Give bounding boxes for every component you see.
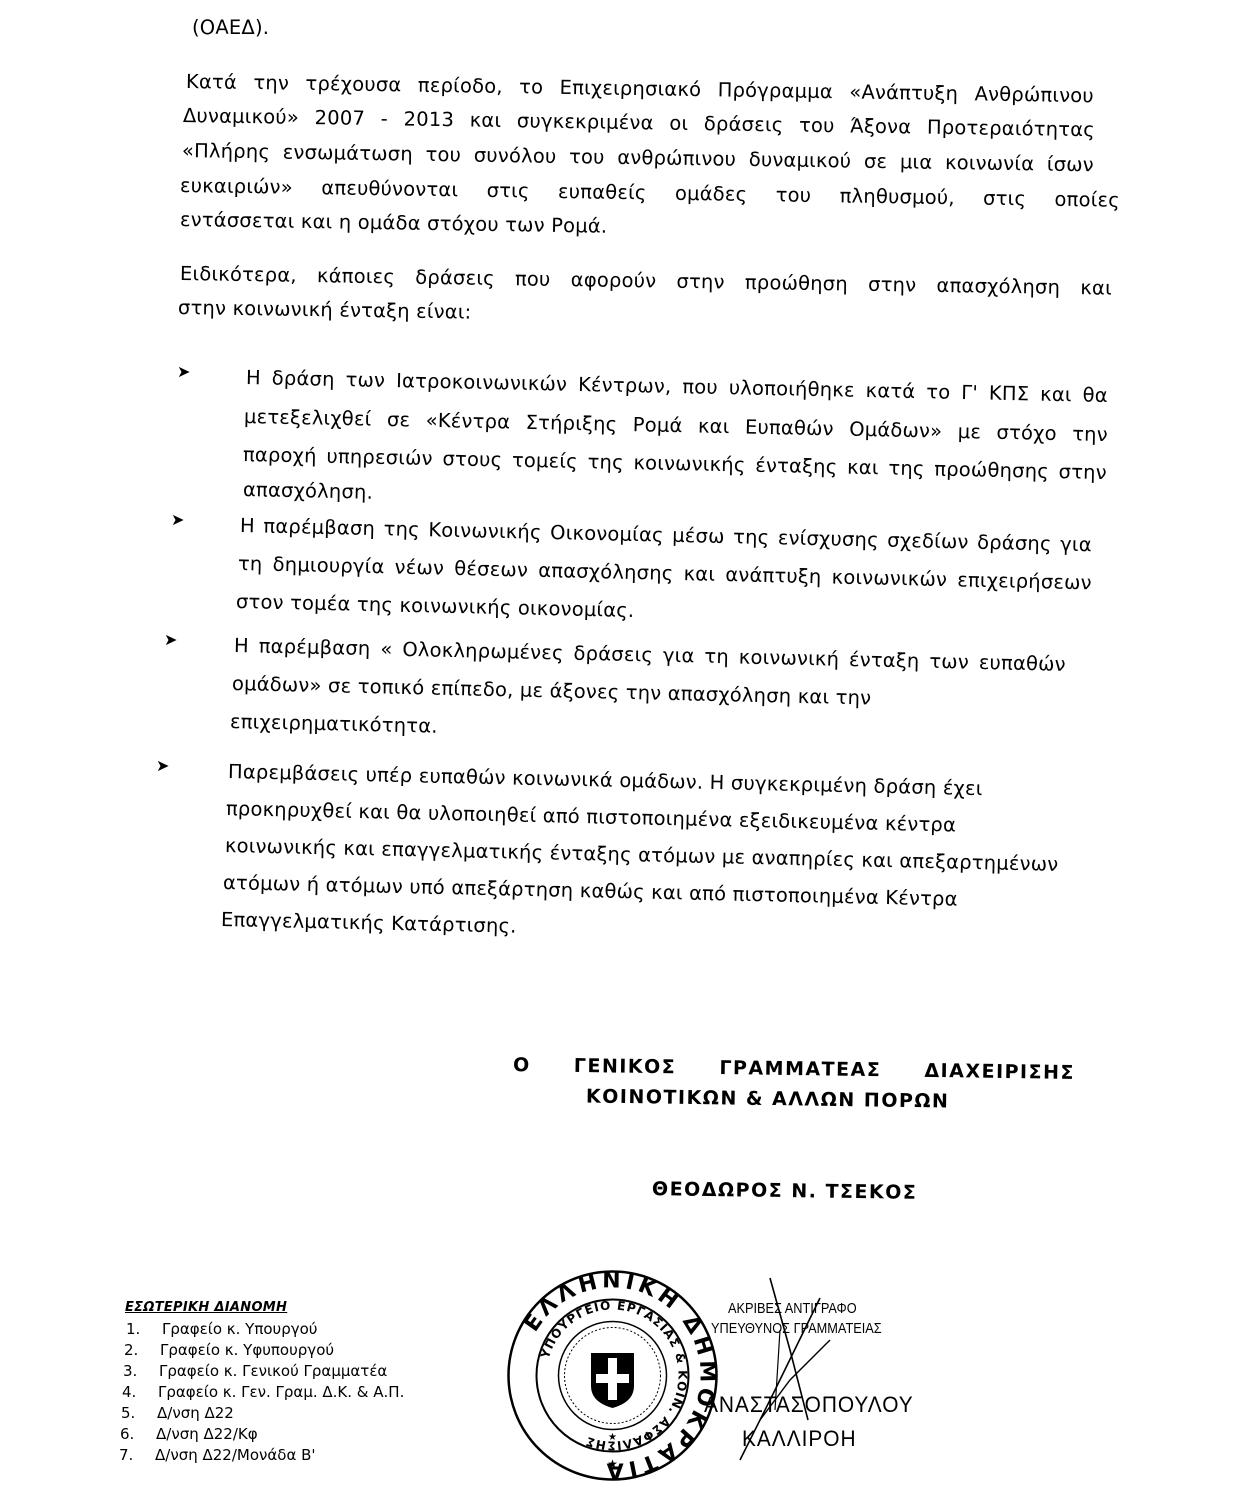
signature-title-line-1: Ο ΓΕΝΙΚΟΣ ΓΡΑΜΜΑΤΕΑΣ ΔΙΑΧΕΙΡΙΣΗΣ (513, 1054, 1075, 1084)
paragraph-line: Κατά την τρέχουσα περίοδο, το Επιχειρησι… (186, 70, 1094, 107)
bullet-line: προκηρυχθεί και θα υλοποιηθεί από πιστοπ… (226, 797, 957, 837)
bullet-line: απασχόληση. (243, 478, 373, 504)
handwritten-signature-icon (700, 1270, 900, 1470)
bullet-line: ομάδων» σε τοπικό επίπεδο, με άξονες την… (232, 672, 872, 710)
distribution-title: ΕΣΩΤΕΡΙΚΗ ΔΙΑΝΟΜΗ (125, 1300, 287, 1315)
distribution-item: 1.Γραφείο κ. Υπουργού (126, 1320, 317, 1338)
signature-title-line-2: ΚΟΙΝΟΤΙΚΩΝ & ΑΛΛΩΝ ΠΟΡΩΝ (586, 1085, 950, 1112)
official-stamp: ΕΛΛΗΝΙΚΗ ΔΗΜΟΚΡΑΤΙΑ ΥΠΟΥΡΓΕΙΟ ΕΡΓΑΣΙΑΣ &… (505, 1268, 720, 1483)
bullet-line: επιχειρηματικότητα. (230, 710, 438, 738)
signature-word: ΔΙΑΧΕΙΡΙΣΗΣ (924, 1060, 1075, 1084)
bullet-line: Η παρέμβαση της Κοινωνικής Οικονομίας μέ… (240, 514, 1092, 556)
distribution-item: 4.Γραφείο κ. Γεν. Γραμ. Δ.Κ. & Α.Π. (122, 1383, 404, 1401)
bullet-line: στον τομέα της κοινωνικής οικονομίας. (236, 590, 635, 622)
paragraph-line: Δυναμικού» 2007 - 2013 και συγκεκριμένα … (183, 104, 1095, 141)
distribution-item: 7.Δ/νση Δ22/Μονάδα Β' (119, 1446, 316, 1464)
bullet-line: ατόμων ή ατόμων υπό απεξάρτηση καθώς και… (223, 871, 958, 911)
paragraph-line: ευκαιριών» απευθύνονται στις ευπαθείς ομ… (180, 174, 1120, 212)
bullet-line: κοινωνικής και επαγγελματικής ένταξης ατ… (225, 834, 1059, 876)
stamp-star-icon: ★ (607, 1457, 618, 1471)
bullet-line: Παρεμβάσεις υπέρ ευπαθών κοινωνικά ομάδω… (228, 760, 983, 800)
signature-word: ΓΡΑΜΜΑΤΕΑΣ (719, 1057, 881, 1081)
signature-word: Ο (513, 1054, 531, 1076)
paragraph-line: Ειδικότερα, κάποιες δράσεις που αφορούν … (180, 262, 1112, 300)
bullet-line: παροχή υπηρεσιών στους τομείς της κοινων… (243, 443, 1107, 484)
stamp-star-icon: ★ (608, 1432, 617, 1443)
bullet-line: μετεξελιχθεί σε «Κέντρα Στήριξης Ρομά κα… (244, 405, 1108, 446)
signatory-name: ΘΕΟΔΩΡΟΣ Ν. ΤΣΕΚΟΣ (652, 1178, 918, 1204)
bullet-line: Η δράση των Ιατροκοινωνικών Κέντρων, που… (246, 366, 1108, 407)
bullet-line: Η παρέμβαση « Ολοκληρωμένες δράσεις για … (234, 634, 1066, 676)
bullet-line: τη δημιουργία νέων θέσεων απασχόλησης κα… (238, 552, 1092, 594)
distribution-item: 2.Γραφείο κ. Υφυπουργού (124, 1341, 334, 1359)
greek-coat-of-arms-icon (591, 1353, 634, 1408)
arrowhead-bullet-icon: ➤ (164, 630, 177, 649)
arrowhead-bullet-icon: ➤ (171, 510, 184, 529)
paragraph-line: «Πλήρης ενσωμάτωση του συνόλου του ανθρώ… (182, 139, 1094, 176)
arrowhead-bullet-icon: ➤ (156, 756, 169, 775)
document-page: (ΟΑΕΔ). Κατά την τρέχουσα περίοδο, το Επ… (0, 0, 1250, 1496)
paragraph-line: στην κοινωνική ένταξη είναι: (178, 296, 472, 324)
opening-fragment: (ΟΑΕΔ). (192, 16, 269, 39)
paragraph-line: εντάσσεται και η ομάδα στόχου των Ρομά. (180, 208, 608, 238)
distribution-item: 6.Δ/νση Δ22/Κφ (120, 1425, 258, 1443)
signature-word: ΓΕΝΙΚΟΣ (574, 1055, 677, 1078)
distribution-item: 3.Γραφείο κ. Γενικού Γραμματέα (123, 1362, 387, 1380)
distribution-item: 5.Δ/νση Δ22 (121, 1404, 234, 1422)
bullet-line: Επαγγελματικής Κατάρτισης. (221, 908, 517, 938)
arrowhead-bullet-icon: ➤ (177, 362, 190, 381)
